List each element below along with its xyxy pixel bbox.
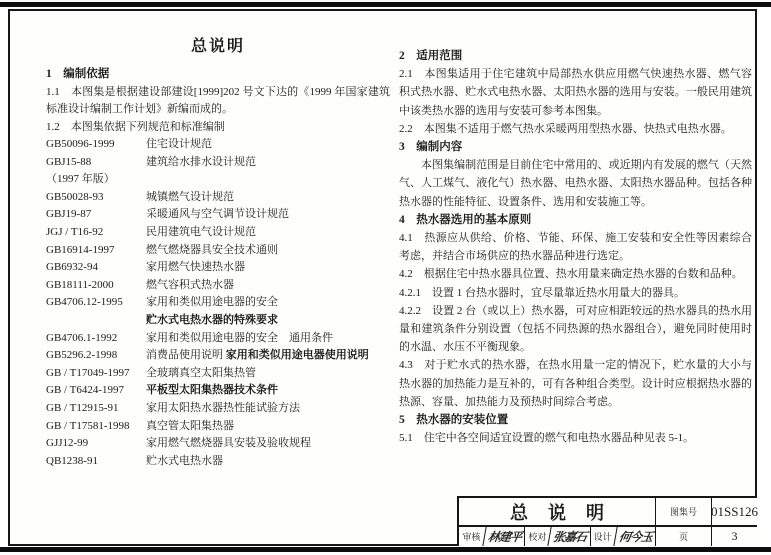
drawing-frame: 总说明 1 编制依据 1.1 本图集是根据建设部建设[1999]202 号文下达… (8, 9, 757, 546)
standard-code: GB50028-93 (46, 189, 146, 207)
standard-code: GB5296.2-1998 (46, 347, 146, 365)
page-number-label: 页 (655, 527, 711, 546)
paragraph-1-1: 1.1 本图集是根据建设部建设[1999]202 号文下达的《1999 年国家建… (46, 84, 390, 119)
section-heading-3: 3 编制内容 (399, 138, 752, 156)
scan-edge-top (0, 2, 771, 7)
title-block: 总说明 图集号 01SS126 审核 林建平 校对 张嘉石 设计 何今玉 页 3 (457, 496, 757, 546)
standard-title: 家用和类似用途电器的安全 通用条件 (146, 330, 333, 348)
standard-code: QB1238-91 (46, 453, 146, 471)
audit-signature: 林建平 (482, 527, 526, 546)
standard-row: GB4706.12-1995家用和类似用途电器的安全 (46, 294, 390, 312)
standard-title: 消费品使用说明 家用和类似用途电器使用说明 (146, 347, 369, 365)
title-block-row-2: 审核 林建平 校对 张嘉石 设计 何今玉 页 3 (459, 527, 757, 546)
paragraph-4-2-1: 4.2.1 设置 1 台热水器时，宜尽量靠近热水用量大的器具。 (399, 284, 752, 302)
standard-row: GB4706.1-1992家用和类似用途电器的安全 通用条件 (46, 330, 390, 348)
standard-title: 家用燃气快速热水器 (146, 259, 245, 277)
standard-row: GB / T17049-1997全玻璃真空太阳集热管 (46, 365, 390, 383)
standard-row: （1997 年版） (46, 171, 390, 189)
standard-row: GB6932-94家用燃气快速热水器 (46, 259, 390, 277)
design-label: 设计 (590, 527, 615, 546)
standard-row: GB16914-1997燃气燃烧器具安全技术通则 (46, 242, 390, 260)
standard-title: 真空管太阳集热器 (146, 418, 234, 436)
standard-title: 燃气容积式热水器 (146, 277, 234, 295)
paragraph-1-2: 1.2 本图集依据下列规范和标准编制 (46, 119, 390, 137)
standard-title: 民用建筑电气设计规范 (146, 224, 256, 242)
section-heading-2: 2 适用范围 (399, 47, 752, 65)
standard-code: GB4706.12-1995 (46, 294, 146, 312)
paragraph-4-3: 4.3 对于贮水式的热水器，在热水用量一定的情况下，贮水量的大小与热水器的加热能… (399, 356, 752, 411)
standard-title: 贮水式电热水器 (146, 453, 223, 471)
standard-title: 城镇燃气设计规范 (146, 189, 234, 207)
standard-row: GB / T17581-1998真空管太阳集热器 (46, 418, 390, 436)
audit-label: 审核 (459, 527, 484, 546)
standard-row: GJJ12-99家用燃气燃烧器具安装及验收规程 (46, 435, 390, 453)
atlas-number-label: 图集号 (655, 498, 711, 525)
standard-code (46, 312, 146, 330)
standard-row: GB50096-1999住宅设计规范 (46, 136, 390, 154)
paragraph-4-2: 4.2 根据住宅中热水器具位置、热水用量来确定热水器的台数和品种。 (399, 265, 752, 283)
paragraph-5-1: 5.1 住宅中各空间适宜设置的燃气和电热水器品种见表 5-1。 (399, 429, 752, 447)
standard-title: 家用太阳热水器热性能试验方法 (146, 400, 300, 418)
standard-title: 平板型太阳集热器技术条件 (146, 382, 278, 400)
paragraph-3-body: 本图集编制范围是目前住宅中常用的、或近期内有发展的燃气（天然气、人工煤气、液化气… (399, 156, 752, 211)
standard-code: GB18111-2000 (46, 277, 146, 295)
standard-code: GB4706.1-1992 (46, 330, 146, 348)
standard-code: GB / T12915-91 (46, 400, 146, 418)
section-heading-4: 4 热水器选用的基本原则 (399, 211, 752, 229)
standard-row: GB18111-2000燃气容积式热水器 (46, 277, 390, 295)
standard-code: GBJ15-88 (46, 154, 146, 172)
section-heading-5: 5 热水器的安装位置 (399, 411, 752, 429)
check-label: 校对 (524, 527, 549, 546)
atlas-page: { "left": { "title": "总说明", "h1": "1 编制依… (0, 0, 771, 555)
standard-row: GB5296.2-1998消费品使用说明 家用和类似用途电器使用说明 (46, 347, 390, 365)
standard-title: 家用和类似用途电器的安全 (146, 294, 278, 312)
standard-title-part: 家用和类似用途电器使用说明 (226, 349, 369, 361)
standard-code: GJJ12-99 (46, 435, 146, 453)
standard-row: GB / T6424-1997平板型太阳集热器技术条件 (46, 382, 390, 400)
standard-title: 全玻璃真空太阳集热管 (146, 365, 256, 383)
page-title: 总说明 (46, 33, 390, 56)
standard-title: 建筑给水排水设计规范 (146, 154, 256, 172)
section-heading-1: 1 编制依据 (46, 66, 390, 84)
standard-title: 住宅设计规范 (146, 136, 212, 154)
right-column: 2 适用范围 2.1 本图集适用于住宅建筑中局部热水供应用燃气快速热水器、燃气容… (399, 47, 752, 447)
standard-row: GBJ15-88建筑给水排水设计规范 (46, 154, 390, 172)
title-block-row-1: 总说明 图集号 01SS126 (459, 498, 757, 527)
standard-title: 燃气燃烧器具安全技术通则 (146, 242, 278, 260)
standard-code: GB / T17049-1997 (46, 365, 146, 383)
scan-edge-bottom (0, 547, 771, 552)
standard-row: GB / T12915-91家用太阳热水器热性能试验方法 (46, 400, 390, 418)
paragraph-4-2-2: 4.2.2 设置 2 台（或以上）热水器，可对应相距较远的热水器具的热水用量和建… (399, 302, 752, 357)
paragraph-4-1: 4.1 热源应从供给、价格、节能、环保、施工安装和安全性等因素综合考虑，并结合市… (399, 229, 752, 265)
paragraph-2-1: 2.1 本图集适用于住宅建筑中局部热水供应用燃气快速热水器、燃气容积式热水器、贮… (399, 65, 752, 120)
standards-list: GB50096-1999住宅设计规范 GBJ15-88建筑给水排水设计规范 （1… (46, 136, 390, 470)
standard-code: GBJ19-87 (46, 206, 146, 224)
standard-code: GB16914-1997 (46, 242, 146, 260)
standard-title-part: 消费品使用说明 (146, 349, 226, 361)
page-number: 3 (711, 527, 757, 546)
standard-code: GB50096-1999 (46, 136, 146, 154)
atlas-number: 01SS126 (711, 498, 757, 525)
left-column: 总说明 1 编制依据 1.1 本图集是根据建设部建设[1999]202 号文下达… (46, 33, 390, 470)
standard-code: GB / T17581-1998 (46, 418, 146, 436)
standard-row: 贮水式电热水器的特殊要求 (46, 312, 390, 330)
check-signature: 张嘉石 (548, 527, 592, 546)
paragraph-2-2: 2.2 本图集不适用于燃气热水采暖两用型热水器、快热式电热水器。 (399, 120, 752, 138)
standard-row: GBJ19-87采暖通风与空气调节设计规范 (46, 206, 390, 224)
title-block-title: 总说明 (459, 498, 655, 525)
standard-row: JGJ / T16-92民用建筑电气设计规范 (46, 224, 390, 242)
standard-code: （1997 年版） (46, 171, 146, 189)
standard-row: GB50028-93城镇燃气设计规范 (46, 189, 390, 207)
standard-title: 贮水式电热水器的特殊要求 (146, 312, 278, 330)
standard-code: GB6932-94 (46, 259, 146, 277)
standard-code: GB / T6424-1997 (46, 382, 146, 400)
standard-row: QB1238-91贮水式电热水器 (46, 453, 390, 471)
standard-title: 家用燃气燃烧器具安装及验收规程 (146, 435, 311, 453)
standard-title: 采暖通风与空气调节设计规范 (146, 206, 289, 224)
design-signature: 何今玉 (613, 527, 657, 546)
standard-code: JGJ / T16-92 (46, 224, 146, 242)
